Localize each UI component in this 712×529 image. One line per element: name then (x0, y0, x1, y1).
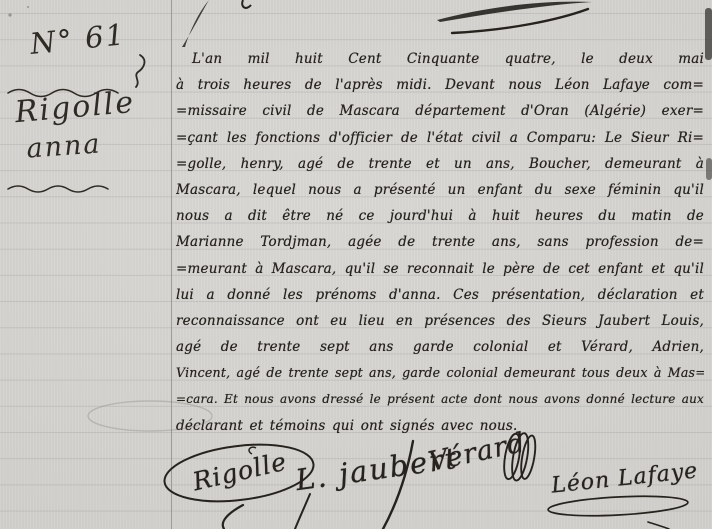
act-line: lui a donné les prénoms d'anna. Ces prés… (176, 282, 704, 308)
act-line: L'an mil huit Cent Cinquante quatre, le … (176, 46, 704, 72)
act-line: =missaire civil de Mascara département d… (176, 98, 704, 124)
act-number: N° 61 (23, 16, 134, 61)
margin-rule-line (171, 0, 172, 529)
previous-act-flourish (437, 2, 592, 22)
previous-act-flourish (182, 0, 209, 47)
signature-rigolle: Rigolle (190, 447, 290, 497)
act-line: agé de trente sept ans garde colonial et… (176, 334, 704, 360)
act-body-text: L'an mil huit Cent Cinquante quatre, le … (176, 46, 704, 441)
signature-lafaye: Léon Lafaye (550, 458, 699, 498)
act-line: =meurant à Mascara, qu'il se reconnait l… (176, 256, 704, 282)
previous-act-flourish (452, 9, 588, 33)
act-line: reconnaissance ont eu lieu en présences … (176, 308, 704, 334)
act-line: à trois heures de l'après midi. Devant n… (176, 72, 704, 98)
margin-given-name: anna (7, 127, 121, 166)
previous-act-flourish (242, 0, 251, 8)
scan-edge-mark (706, 158, 712, 180)
document-scan: N° 61 Rigolle anna L'an mil huit Cent Ci… (0, 0, 712, 529)
act-line: Marianne Tordjman, agée de trente ans, s… (176, 229, 704, 255)
bottom-cutoff-stroke (223, 505, 243, 529)
paper-speck (8, 13, 11, 16)
act-line: =cara. Et nous avons dressé le présent a… (176, 386, 704, 412)
act-line: Vincent, agé de trente sept ans, garde c… (176, 360, 704, 386)
signature-lafaye-underline (548, 493, 689, 518)
margin-wavy-rule (8, 186, 108, 192)
act-line: déclarant et témoins qui ont signés avec… (176, 413, 704, 439)
act-line: Mascara, lequel nous a présenté un enfan… (176, 177, 704, 203)
paper-speck (27, 6, 29, 8)
act-line: nous a dit être né ce jourd'hui à huit h… (176, 203, 704, 229)
act-line: =çant les fonctions d'officier de l'état… (176, 125, 704, 151)
act-number-paraph (136, 55, 144, 87)
margin-surname: Rigolle (0, 84, 151, 132)
bottom-cutoff-stroke (295, 494, 310, 529)
bottom-cutoff-stroke (648, 522, 669, 529)
scan-edge-mark (705, 8, 712, 60)
act-line: =golle, henry, agé de trente et un ans, … (176, 151, 704, 177)
